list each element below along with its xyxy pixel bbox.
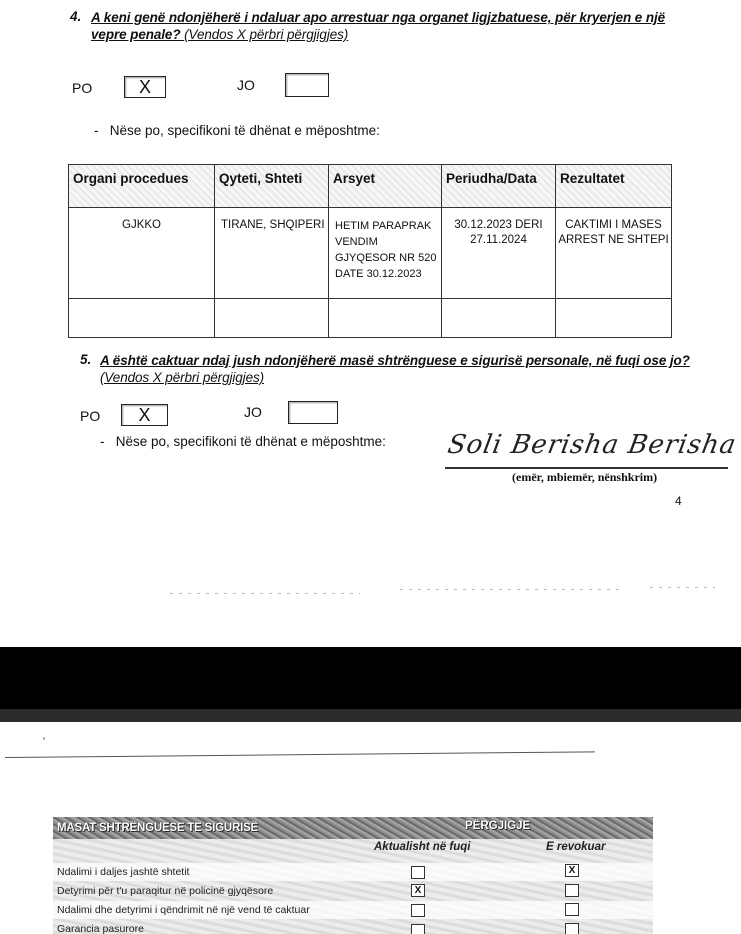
measure-row: Ndalimi dhe detyrimi i qëndrimit në një …: [53, 901, 653, 919]
q4-yes-label: PO: [72, 80, 92, 96]
revoked-checkbox[interactable]: [565, 923, 579, 934]
table-row-empty: [69, 299, 672, 338]
q5-specify-line: - Nëse po, specifikoni të dhënat e mëpos…: [100, 434, 386, 449]
q5-no-checkbox[interactable]: [288, 401, 338, 424]
measure-label: Detyrimi për t'u paraqitur në policinë g…: [57, 885, 273, 897]
q4-specify-line: - Nëse po, specifikoni të dhënat e mëpos…: [94, 123, 380, 138]
q5-yes-checkbox[interactable]: X: [121, 404, 168, 426]
question-4-number: 4.: [70, 9, 81, 24]
measures-table-header: MASAT SHTRËNGUESE TE SIGURISË PËRGJIGJE: [53, 817, 653, 839]
scan-noise-line: [400, 589, 620, 590]
measure-label: Ndalimi dhe detyrimi i qëndrimit në një …: [57, 904, 310, 916]
cell-reasons: HETIM PARAPRAK VENDIM GJYQESOR NR 520 DA…: [329, 208, 442, 299]
question-4-title: A keni genë ndonjëherë i ndaluar apo arr…: [91, 9, 691, 43]
measure-row: Detyrimi për t'u paraqitur në policinë g…: [53, 882, 653, 900]
q4-details-table: Organi procedues Qyteti, Shteti Arsyet P…: [68, 164, 672, 338]
question-5-hint: (Vendos X përbri përgjigjes): [100, 370, 264, 385]
question-4-hint: (Vendos X përbri përgjigjes): [184, 27, 348, 42]
q4-yes-checkbox[interactable]: X: [124, 76, 166, 98]
table-row: GJKKO TIRANE, SHQIPERI HETIM PARAPRAK VE…: [69, 208, 672, 299]
page-number: 4: [675, 494, 682, 508]
col-active: Aktualisht në fuqi: [374, 841, 470, 853]
cell-organ: GJKKO: [69, 208, 215, 299]
horizontal-rule: [5, 751, 595, 758]
signature-line: [445, 467, 728, 469]
scan-mark: ‘: [43, 736, 45, 747]
security-measures-table: MASAT SHTRËNGUESE TE SIGURISË PËRGJIGJE …: [53, 817, 653, 934]
q4-no-label: JO: [237, 77, 255, 93]
active-checkbox[interactable]: [411, 924, 425, 934]
q5-yes-label: PO: [80, 408, 100, 424]
active-checkbox[interactable]: [411, 866, 425, 879]
page-separator-shadow: [0, 709, 741, 722]
measures-title: MASAT SHTRËNGUESE TE SIGURISË: [57, 822, 258, 834]
cell-results: CAKTIMI I MASES ARREST NE SHTEPI: [556, 208, 672, 299]
revoked-checkbox[interactable]: [565, 903, 579, 916]
measure-row: Garancia pasurore: [53, 920, 653, 934]
question-5-title: A është caktuar ndaj jush ndonjëherë mas…: [100, 352, 690, 386]
revoked-checkbox[interactable]: X: [565, 864, 579, 877]
scan-noise-line: [170, 593, 360, 594]
page-separator-band: [0, 647, 741, 709]
active-checkbox[interactable]: [411, 904, 425, 917]
q4-no-checkbox[interactable]: [285, 73, 329, 97]
revoked-checkbox[interactable]: [565, 884, 579, 897]
q4-specify-text: Nëse po, specifikoni të dhënat e mëposht…: [110, 123, 380, 138]
active-checkbox[interactable]: X: [411, 884, 425, 897]
cell-empty: [556, 299, 672, 338]
q5-specify-text: Nëse po, specifikoni të dhënat e mëposht…: [116, 434, 386, 449]
handwritten-signature: Soli Berisha Berisha: [445, 430, 739, 460]
measure-label: Ndalimi i daljes jashtë shtetit: [57, 866, 189, 878]
question-5-number: 5.: [80, 352, 91, 367]
answers-header: PËRGJIGJE: [465, 820, 530, 832]
q5-no-label: JO: [244, 404, 262, 420]
col-revoked: E revokuar: [546, 841, 605, 853]
question-4-text: A keni genë ndonjëherë i ndaluar apo arr…: [91, 10, 665, 42]
cell-empty: [442, 299, 556, 338]
col-header-organ: Organi procedues: [69, 165, 215, 208]
cell-empty: [215, 299, 329, 338]
measure-label: Garancia pasurore: [57, 923, 144, 934]
cell-period: 30.12.2023 DERI 27.11.2024: [442, 208, 556, 299]
col-header-period: Periudha/Data: [442, 165, 556, 208]
bullet-dash: -: [100, 434, 116, 449]
cell-empty: [329, 299, 442, 338]
scan-noise-line: [650, 587, 715, 588]
cell-empty: [69, 299, 215, 338]
signature-caption: (emër, mbiemër, nënshkrim): [512, 470, 657, 485]
question-5-text: A është caktuar ndaj jush ndonjëherë mas…: [100, 353, 690, 368]
col-header-reasons: Arsyet: [329, 165, 442, 208]
col-header-city-country: Qyteti, Shteti: [215, 165, 329, 208]
table-header-row: Organi procedues Qyteti, Shteti Arsyet P…: [69, 165, 672, 208]
col-header-results: Rezultatet: [556, 165, 672, 208]
bullet-dash: -: [94, 123, 110, 138]
cell-city-country: TIRANE, SHQIPERI: [215, 208, 329, 299]
measure-row: Ndalimi i daljes jashtë shtetit X: [53, 863, 653, 881]
